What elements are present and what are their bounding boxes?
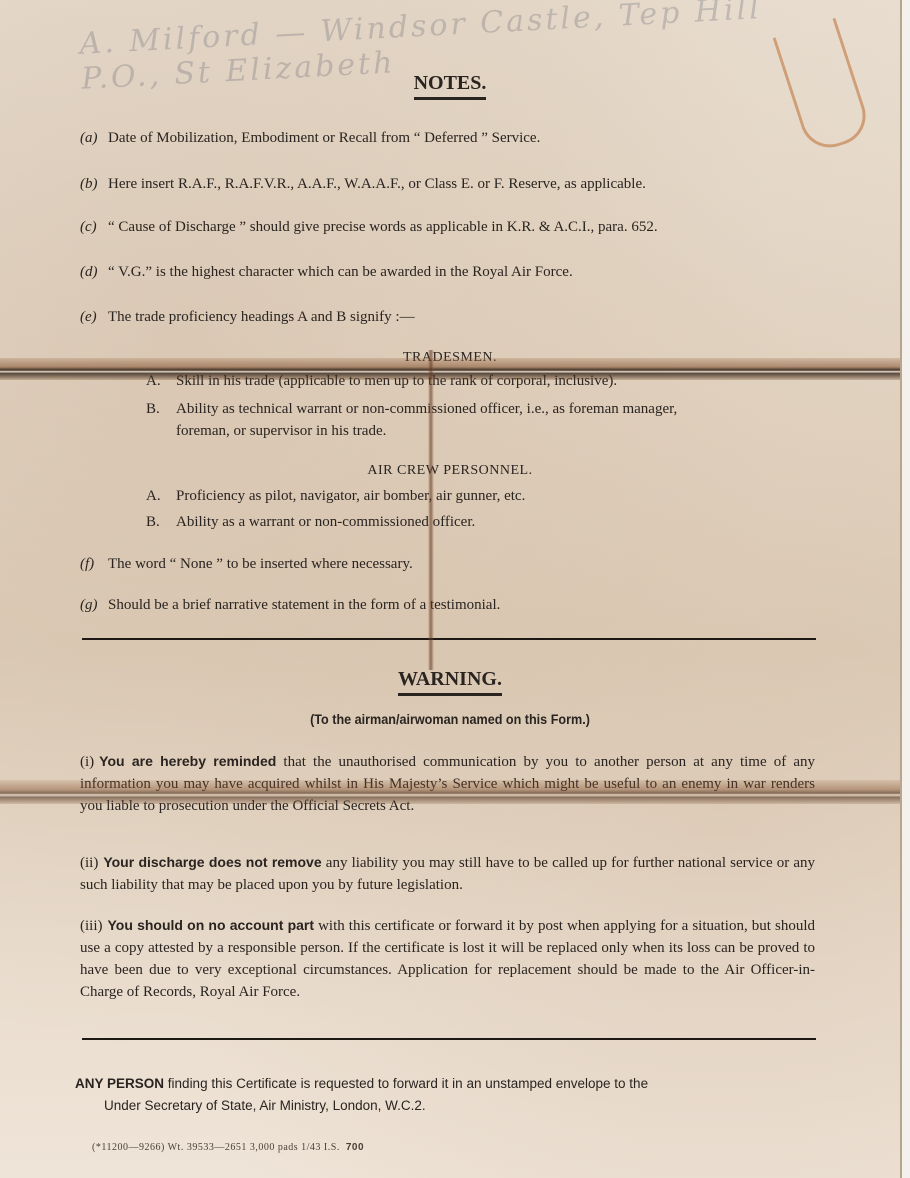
air-crew-item-a: A.Proficiency as pilot, navigator, air b… [146, 488, 525, 505]
printer-imprint: (*11200—9266) Wt. 39533—2651 3,000 pads … [92, 1142, 364, 1153]
air-crew-item-b: B.Ability as a warrant or non-commission… [146, 514, 475, 531]
note-g: (g)Should be a brief narrative statement… [80, 597, 500, 614]
document-page: A. Milford — Windsor Castle, Tep Hill P.… [0, 0, 902, 1178]
tradesmen-item-b: B.Ability as technical warrant or non-co… [146, 401, 677, 418]
note-c: (c)“ Cause of Discharge ” should give pr… [80, 219, 658, 236]
return-notice: ANY PERSON finding this Certificate is r… [75, 1073, 820, 1117]
fold-crease-lower [0, 780, 900, 804]
warning-item-ii: (ii)Your discharge does not remove any l… [80, 851, 815, 896]
tradesmen-item-b-continued: foreman, or supervisor in his trade. [176, 423, 386, 440]
note-b: (b)Here insert R.A.F., R.A.F.V.R., A.A.F… [80, 176, 646, 193]
warning-item-iii: (iii)You should on no account part with … [80, 914, 815, 1003]
warning-title: WARNING. [0, 668, 900, 691]
fold-crease-upper [0, 358, 900, 380]
footer-divider [82, 1038, 816, 1040]
note-e: (e)The trade proficiency headings A and … [80, 309, 415, 326]
notes-title: NOTES. [0, 72, 900, 95]
warning-subtitle: (To the airman/airwoman named on this Fo… [45, 711, 855, 727]
note-a: (a)Date of Mobilization, Embodiment or R… [80, 130, 540, 147]
note-f: (f)The word “ None ” to be inserted wher… [80, 556, 413, 573]
note-d: (d)“ V.G.” is the highest character whic… [80, 264, 573, 281]
section-divider [82, 638, 816, 640]
fold-crease-vertical [428, 350, 434, 670]
air-crew-heading: AIR CREW PERSONNEL. [0, 463, 900, 479]
